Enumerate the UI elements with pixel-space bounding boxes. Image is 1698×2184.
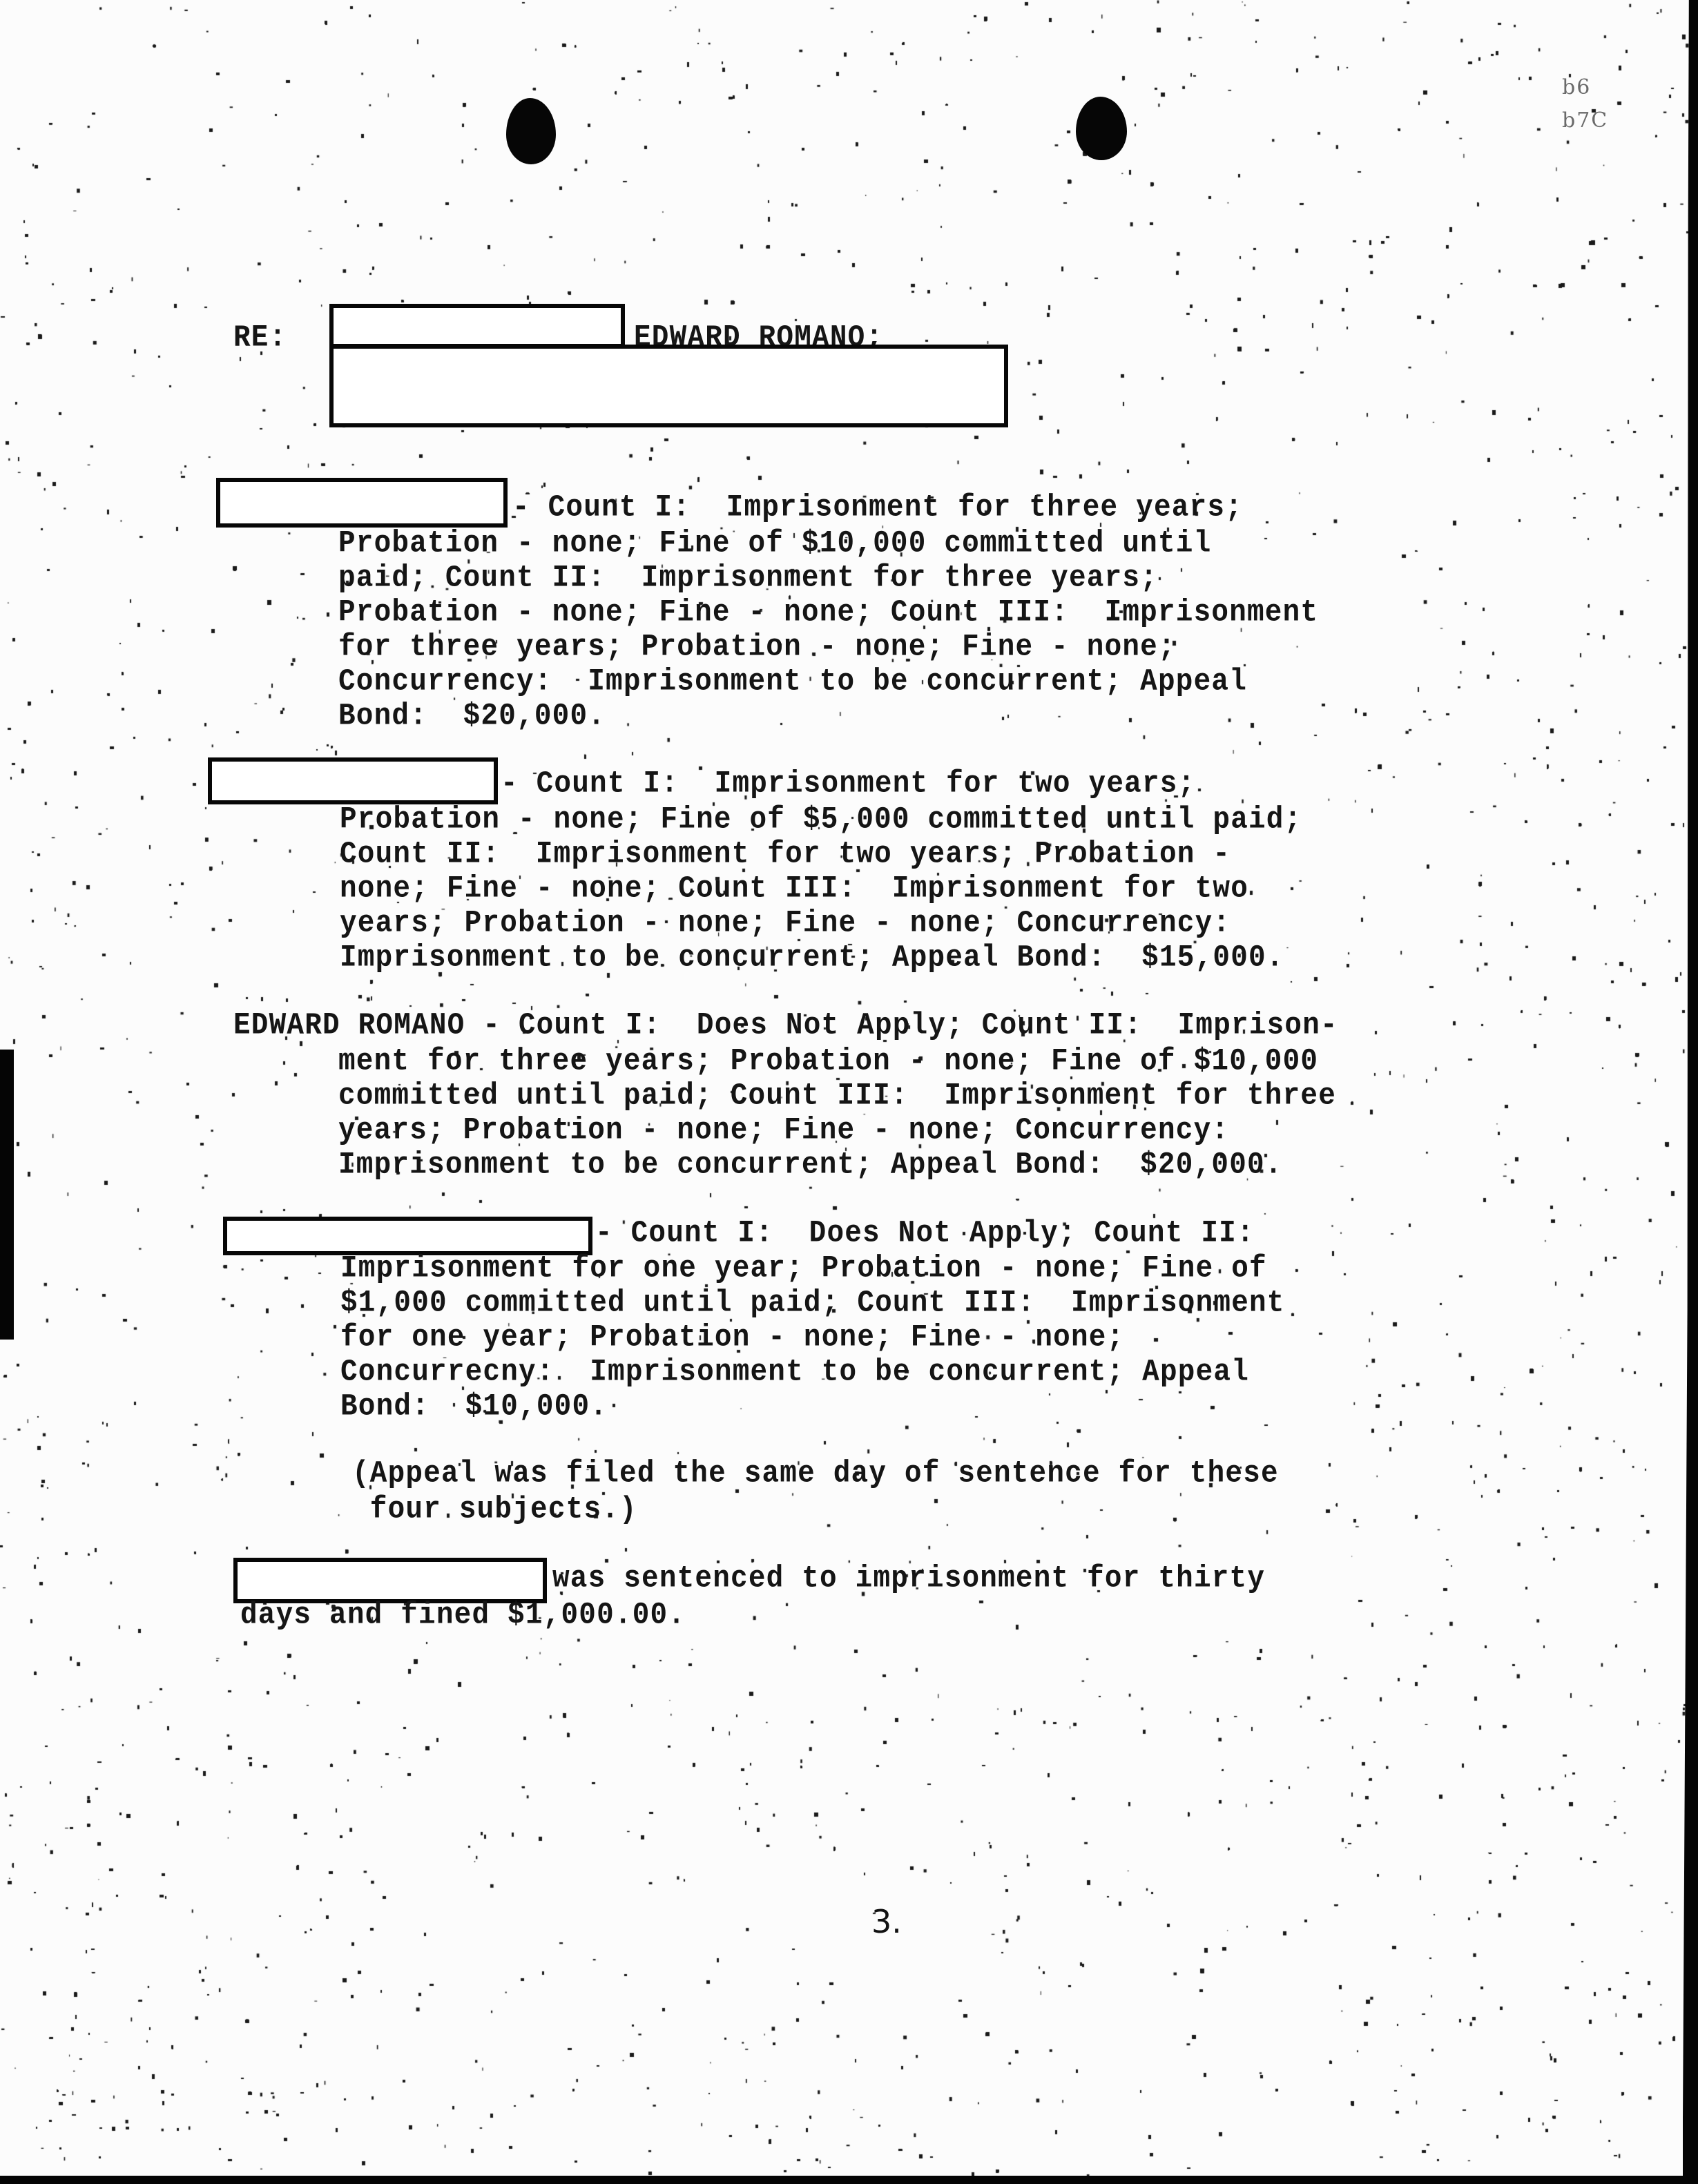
text-line: EDWARD ROMANO - Count I: Does Not Apply;… <box>233 1011 1338 1041</box>
text-line: days and fined $1,000.00. <box>240 1601 686 1631</box>
text-line: - Count I: Imprisonment for two years; <box>501 769 1195 800</box>
scan-edge-bottom <box>0 2176 1698 2184</box>
text-line: ment for three years; Probation - none; … <box>338 1047 1318 1077</box>
text-line: for three years; Probation - none; Fine … <box>338 632 1176 663</box>
text-line: Probation - none; Fine - none; Count III… <box>338 598 1318 628</box>
redaction-box <box>223 1217 592 1255</box>
document-page: b6 b7C RE: EDWARD ROMANO; - Count I: Imp… <box>0 0 1698 2184</box>
text-line: Probation - none; Fine of $5,000 committ… <box>340 805 1302 835</box>
text-line: Imprisonment to be concurrent; Appeal Bo… <box>338 1150 1283 1181</box>
text-line: Concurrecny: Imprisonment to be concurre… <box>340 1357 1249 1388</box>
text-line: years; Probation - none; Fine - none; Co… <box>338 1116 1229 1146</box>
text-line: Concurrency: Imprisonment to be concurre… <box>338 667 1247 697</box>
text-line: $1,000 committed until paid; Count III: … <box>340 1288 1285 1319</box>
redaction-box <box>233 1558 547 1603</box>
text-line: Count II: Imprisonment for two years; Pr… <box>340 840 1231 870</box>
text-line: - Count I: Does Not Apply; Count II: <box>595 1219 1255 1249</box>
text-line: Imprisonment for one year; Probation - n… <box>340 1254 1267 1284</box>
exemption-code-b6: b6 <box>1562 77 1591 98</box>
text-line: committed until paid; Count III: Impriso… <box>338 1081 1336 1112</box>
scan-edge-left <box>0 1050 14 1340</box>
re-label: RE: <box>233 323 287 354</box>
text-line: none; Fine - none; Count III: Imprisonme… <box>340 874 1248 905</box>
text-line: was sentenced to imprisonment for thirty <box>552 1564 1265 1594</box>
text-line: Bond: $20,000. <box>338 702 606 732</box>
text-line: paid; Count II: Imprisonment for three y… <box>338 563 1158 594</box>
text-line: years; Probation - none; Fine - none; Co… <box>340 909 1231 939</box>
page-number: 3. <box>871 1903 902 1940</box>
redaction-box <box>329 345 1008 427</box>
redaction-box <box>208 757 498 804</box>
redaction-box <box>216 478 508 528</box>
text-line: - Count I: Imprisonment for three years; <box>512 493 1243 523</box>
text-line: four subjects.) <box>352 1495 637 1525</box>
text-line: for one year; Probation - none; Fine - n… <box>340 1323 1124 1353</box>
redaction-box <box>329 304 625 348</box>
text-line: Imprisonment to be concurrent; Appeal Bo… <box>340 943 1284 974</box>
text-line: Bond: $10,000. <box>340 1392 608 1422</box>
text-line: Probation - none; Fine of $10,000 commit… <box>338 529 1211 559</box>
text-line: (Appeal was filed the same day of senten… <box>352 1459 1279 1489</box>
exemption-code-b7c: b7C <box>1562 110 1608 131</box>
